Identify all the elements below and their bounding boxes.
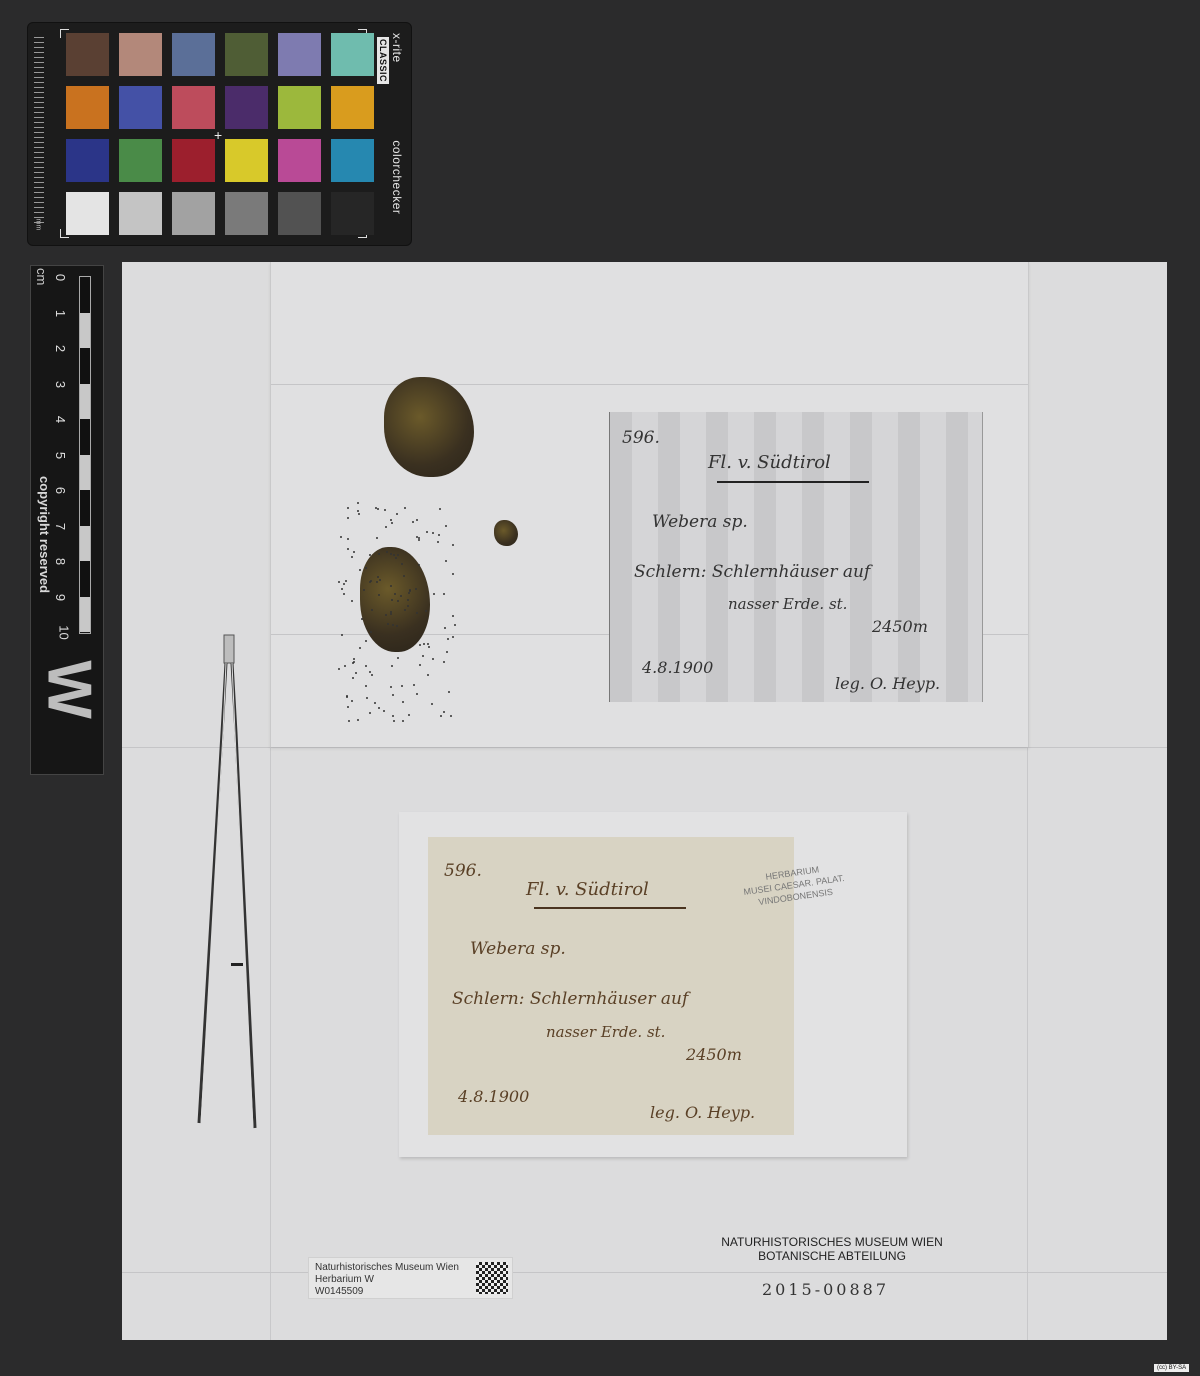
soil-crumb [392,715,394,717]
color-patch [172,192,215,235]
label-number: 596. [622,428,660,448]
scale-number: 9 [53,593,68,600]
soil-crumb [427,643,429,645]
soil-crumb [370,580,372,582]
museum-stamp: NATURHISTORISCHES MUSEUM WIEN BOTANISCHE… [702,1235,962,1263]
color-patch [278,33,321,76]
label-collector: leg. O. Heyp. [650,1103,755,1122]
color-patch [119,139,162,182]
scale-number: 8 [53,558,68,565]
soil-crumb [390,585,392,587]
scale-number: 2 [53,345,68,352]
soil-crumb [446,651,448,653]
scale-number: 0 [53,274,68,281]
soil-crumb [338,581,340,583]
soil-crumb [392,624,394,626]
soil-crumb [376,537,378,539]
scale-number: 4 [53,416,68,423]
scale-segment [80,526,90,562]
soil-crumb [397,657,399,659]
checker-branding: x-rite colorchecker CLASSIC [380,33,404,238]
scale-segment [80,277,90,313]
soil-crumb [363,589,365,591]
crosshair-icon: + [214,127,222,143]
color-patch [278,86,321,129]
soil-crumb [374,702,376,704]
soil-crumb [452,544,454,546]
soil-crumb [365,640,367,642]
scale-number: 7 [53,522,68,529]
color-patch [278,192,321,235]
soil-crumb [437,541,439,543]
soil-crumb [397,554,399,556]
soil-crumb [341,588,343,590]
soil-crumb [423,643,425,645]
qr-code-icon [476,1262,508,1294]
museum-name: NATURHISTORISCHES MUSEUM WIEN [702,1235,962,1249]
soil-crumb [340,536,342,538]
label-title: Fl. v. Südtirol [526,879,649,900]
label-taxon: Webera sp. [652,512,748,532]
soil-crumb [416,536,418,538]
color-patch [66,33,109,76]
color-patch [172,33,215,76]
scale-unit: cm [34,268,49,285]
soil-crumb [384,509,386,511]
soil-crumb [365,567,367,569]
ruler-unit: mm [34,219,41,231]
fold-crease [122,1272,1167,1273]
scale-segment [80,597,90,633]
herbarium-sheet: 596. Fl. v. Südtirol Webera sp. Schlern:… [122,262,1167,1340]
soil-crumb [371,674,373,676]
soil-crumb [432,532,434,534]
label-title: Fl. v. Südtirol [708,452,831,473]
soil-crumb [428,646,430,648]
color-patch [331,192,374,235]
color-patch [119,86,162,129]
scale-segment [80,490,90,526]
color-patch [66,86,109,129]
soil-crumb [370,631,372,633]
soil-crumb [440,715,442,717]
soil-crumb [412,521,414,523]
fold-crease [271,384,1028,385]
mm-ruler [34,37,44,227]
scale-bar: cm 012345678910 copyright reserved W [30,265,104,775]
soil-crumb [409,589,411,591]
cc-license-badge: (cc) BY-SA [1154,1364,1189,1372]
soil-crumb [376,581,378,583]
soil-crumb [365,685,367,687]
soil-crumb [377,508,379,510]
soil-crumb [390,519,392,521]
color-patch [278,139,321,182]
label-locality: Schlern: Schlernhäuser auf [452,989,688,1009]
soil-crumb [416,519,418,521]
title-underline [717,481,869,483]
soil-crumb [348,720,350,722]
tweezers-icon [195,633,265,1133]
color-patch [331,86,374,129]
label-date: 4.8.1900 [642,658,713,677]
label-locality-cont: nasser Erde. st. [546,1023,665,1041]
scale-segment [80,384,90,420]
xrite-logo: x-rite [390,33,404,63]
soil-crumb [353,658,355,660]
scale-segment [80,561,90,597]
color-patch [225,33,268,76]
department-name: BOTANISCHE ABTEILUNG [702,1249,962,1263]
soil-crumb [352,677,354,679]
soil-crumb [390,611,392,613]
soil-crumb [391,665,393,667]
soil-crumb [403,575,405,577]
soil-crumb [393,720,395,722]
soil-crumb [377,576,379,578]
soil-crumb [432,658,434,660]
moss-fragment [494,520,518,546]
color-patch [331,33,374,76]
color-patch [66,192,109,235]
soil-crumb [443,661,445,663]
soil-crumb [408,714,410,716]
title-underline [534,907,686,909]
label-locality: Schlern: Schlernhäuser auf [634,562,870,582]
soil-crumb [383,710,385,712]
soil-crumb [386,551,388,553]
label-taxon: Webera sp. [470,939,566,959]
label-elevation: 2450m [872,617,928,636]
color-patch [331,139,374,182]
label-number: 596. [444,861,482,881]
soil-crumb [347,517,349,519]
soil-crumb [392,694,394,696]
color-patch [66,139,109,182]
barcode-label: Naturhistorisches Museum Wien Herbarium … [308,1257,513,1299]
label-collector: leg. O. Heyp. [835,674,940,693]
copyright-text: copyright reserved [37,476,52,593]
soil-crumb [345,580,347,582]
product-name: colorchecker [390,140,404,214]
accession-number: 2015-00887 [762,1280,889,1299]
scale-segment [80,348,90,384]
scale-number: 1 [53,309,68,316]
soil-crumb [365,665,367,667]
scale-number: 5 [53,451,68,458]
soil-crumb [357,502,359,504]
scale-segment [80,313,90,349]
photocopy-label: 596. Fl. v. Südtirol Webera sp. Schlern:… [609,412,983,702]
color-patch [119,192,162,235]
color-checker-card: mm + x-rite colorchecker CLASSIC [27,22,412,246]
soil-crumb [341,634,343,636]
soil-crumb [369,554,371,556]
herbarium-w-logo: W [34,660,105,720]
scale-number: 3 [53,380,68,387]
soil-crumb [445,560,447,562]
scale-bar-track [79,276,91,634]
color-patch [172,139,215,182]
specimen-envelope: 596. Fl. v. Südtirol Webera sp. Schlern:… [399,812,907,1157]
color-patch [225,192,268,235]
soil-crumb [343,593,345,595]
scale-segment [80,455,90,491]
scale-number: 6 [53,487,68,494]
soil-crumb [351,556,353,558]
scale-segment [80,419,90,455]
soil-crumb [454,624,456,626]
soil-crumb [391,522,393,524]
label-locality-cont: nasser Erde. st. [728,595,847,613]
scale-number: 10 [57,625,72,639]
classic-badge: CLASSIC [377,37,389,84]
color-patch [225,139,268,182]
soil-crumb [391,599,393,601]
label-date: 4.8.1900 [458,1087,529,1106]
color-patch [172,86,215,129]
soil-crumb [359,647,361,649]
color-patch [225,86,268,129]
soil-crumb [418,564,420,566]
color-patch [119,33,162,76]
soil-crumb [347,507,349,509]
soil-crumb [378,707,380,709]
fold-crease [122,747,1167,748]
label-elevation: 2450m [686,1045,742,1064]
soil-crumb [347,706,349,708]
soil-crumb [366,697,368,699]
